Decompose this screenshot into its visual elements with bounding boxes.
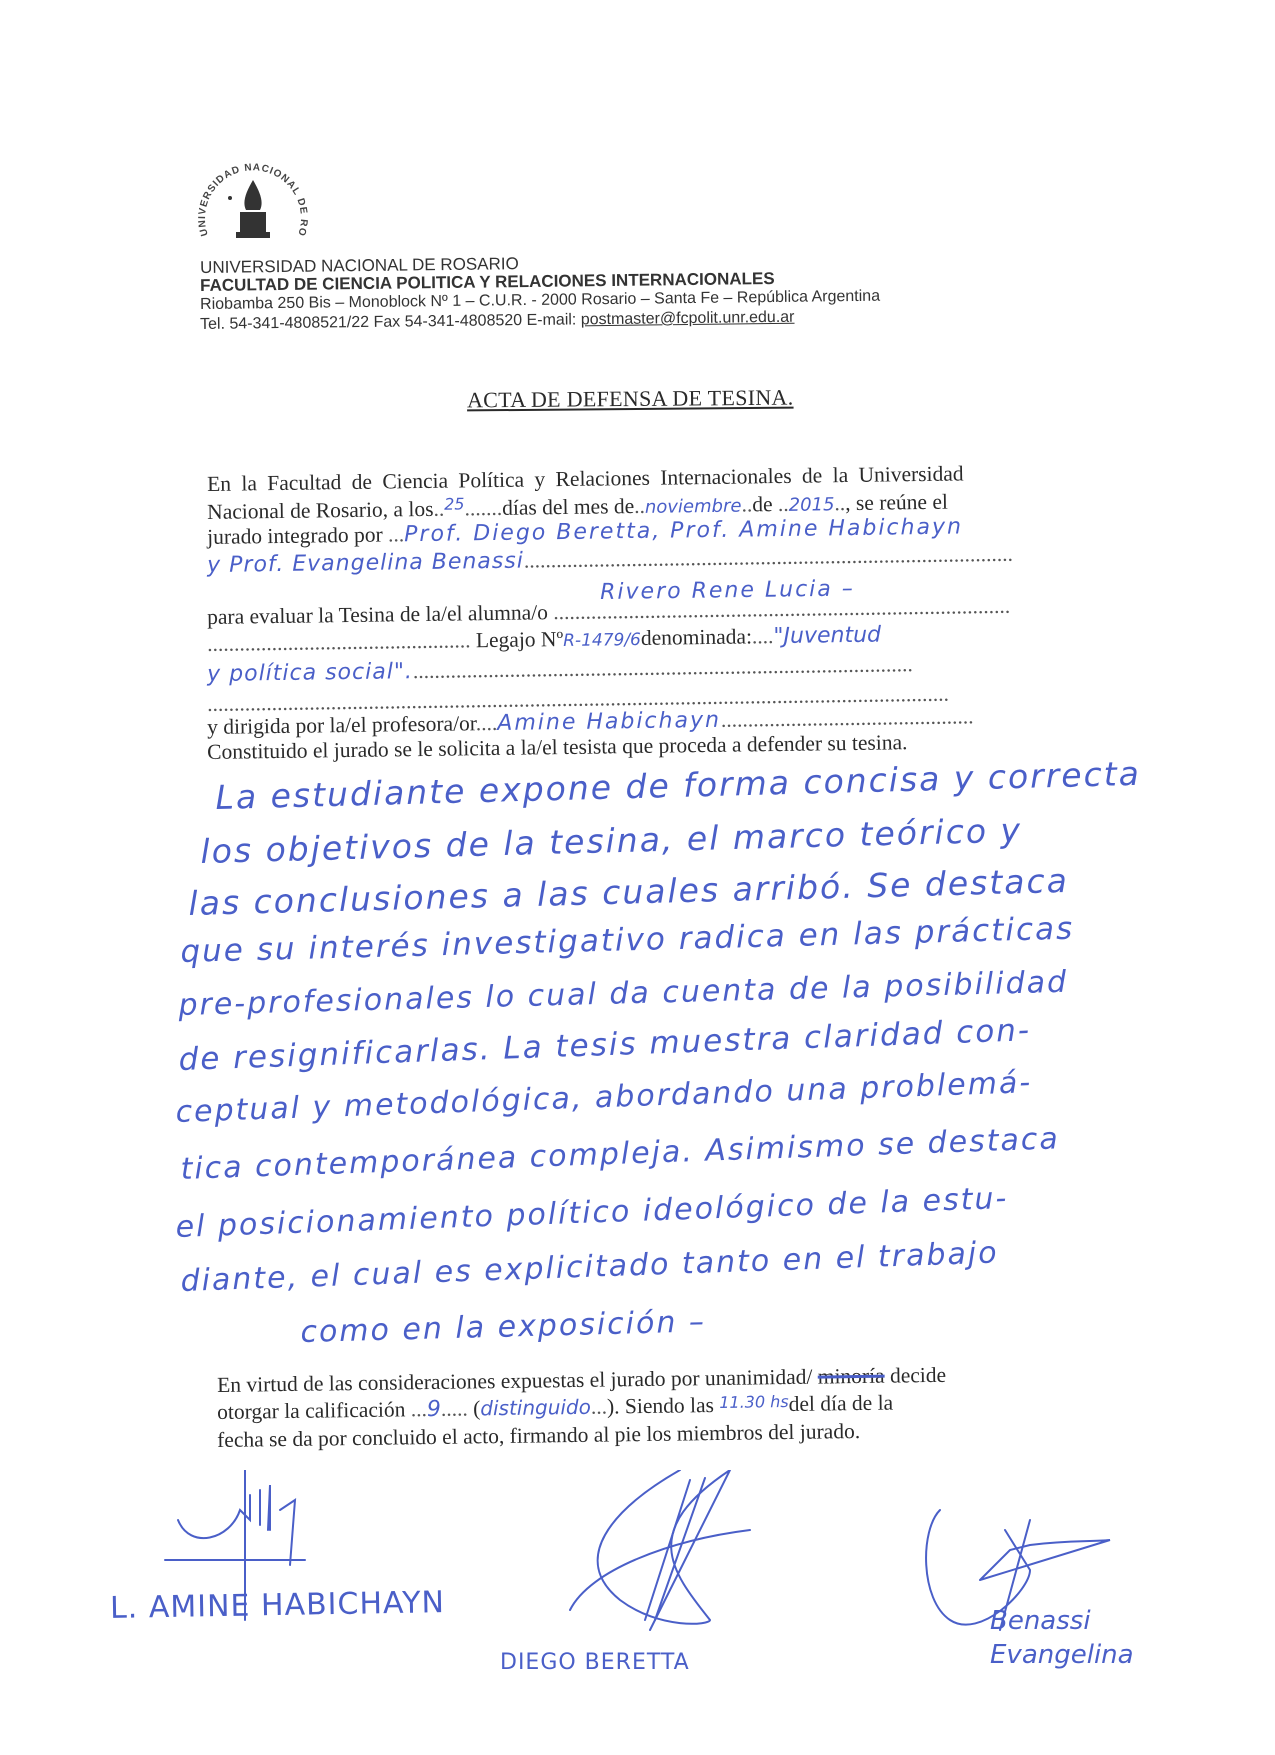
- verdict-line-3: fecha se da por concluido el acto, firma…: [217, 1419, 860, 1453]
- year-field: 2015: [789, 494, 835, 516]
- contact-phone-fax: Tel. 54-341-4808521/22 Fax 54-341-480852…: [200, 311, 581, 333]
- form-line-7: y política social"......................…: [207, 652, 913, 687]
- eval-line: de resignificarlas. La tesis muestra cla…: [178, 1012, 1032, 1078]
- university-seal: UNIVERSIDAD NACIONAL DE ROSARIO: [188, 140, 318, 260]
- eval-line: el posicionamiento político ideológico d…: [175, 1181, 1009, 1245]
- month-field: noviembre: [645, 496, 742, 518]
- document-title: ACTA DE DEFENSA DE TESINA.: [467, 385, 794, 414]
- thesis-title-field-1: "Juventud: [773, 623, 881, 649]
- signature-name-1: L. AMINE HABICHAYN: [110, 1585, 446, 1626]
- form-line-5: para evaluar la Tesina de la/el alumna/o…: [207, 594, 1010, 630]
- grade-field: 9: [427, 1397, 441, 1422]
- jury-field-2: y Prof. Evangelina Benassi: [207, 549, 524, 578]
- struck-minoria: minoría: [818, 1364, 885, 1389]
- legajo-field: R-1479/6: [563, 630, 641, 651]
- signature-name-3: Benassi Evangelina: [990, 1605, 1130, 1673]
- eval-line: los objetivos de la tesina, el marco teó…: [200, 810, 1022, 870]
- signature-name-2: DIEGO BERETTA: [500, 1650, 690, 1675]
- eval-line: pre-profesionales lo cual da cuenta de l…: [178, 965, 1068, 1023]
- eval-line: como en la exposición –: [300, 1304, 706, 1350]
- email-link[interactable]: postmaster@fcpolit.unr.edu.ar: [581, 309, 795, 329]
- eval-line: La estudiante expone de forma concisa y …: [215, 754, 1141, 817]
- time-field: 11.30 hs: [719, 1392, 789, 1412]
- director-field: Amine Habichayn: [497, 708, 721, 736]
- eval-line: diante, el cual es explicitado tanto en …: [180, 1235, 999, 1299]
- grade-words-field: distinguido: [480, 1395, 591, 1421]
- thesis-title-field-2: y política social".: [207, 659, 413, 687]
- eval-line: ceptual y metodológica, abordando una pr…: [175, 1065, 1033, 1130]
- eval-line: tica contemporánea compleja. Asimismo se…: [180, 1121, 1060, 1187]
- day-field: 25: [444, 494, 465, 513]
